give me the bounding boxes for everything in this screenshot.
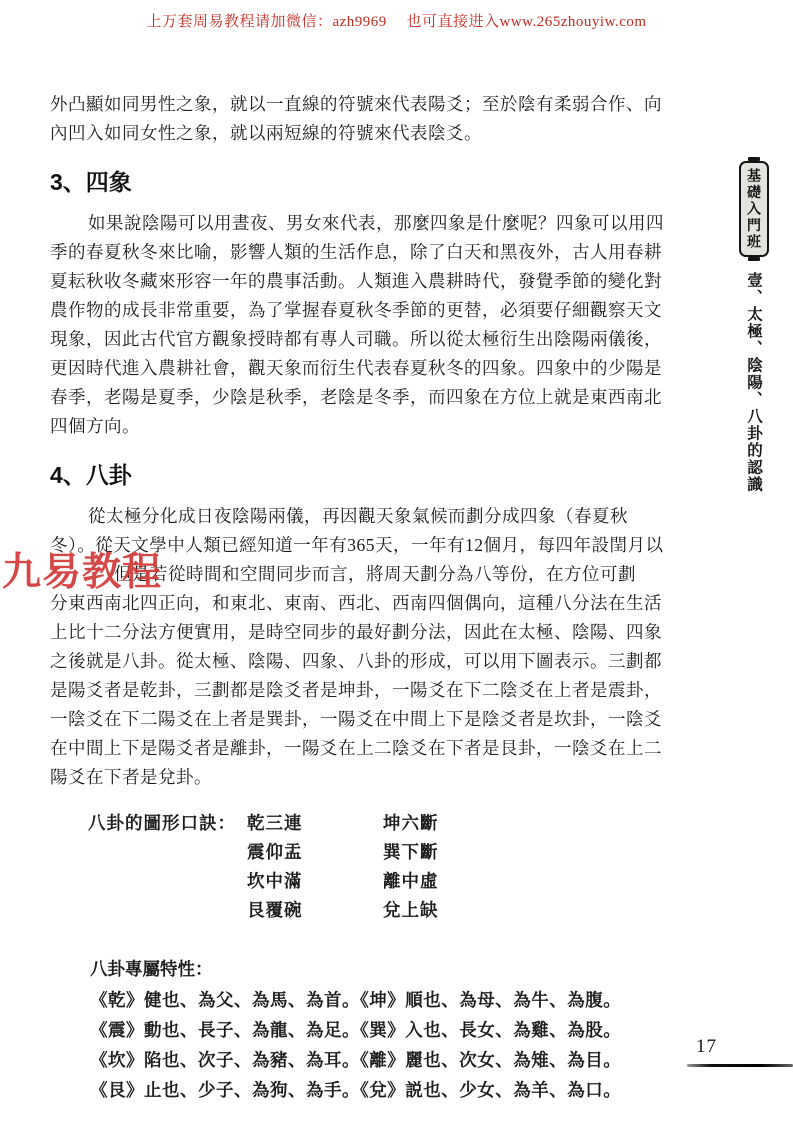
- mnemonic-right: 離中虛: [383, 867, 740, 896]
- text-line: 更因時代進入農耕社會，觀天象而衍生代表春夏秋冬的四象。四象中的少陽是: [50, 354, 740, 383]
- mnemonic-row: 艮覆碗 兌上缺: [88, 896, 740, 925]
- heading-bagua: 4、八卦: [50, 461, 740, 489]
- mnemonic-label: 八卦的圖形口訣：: [88, 809, 247, 838]
- trait-line: 《坎》陷也、次子、為豬、為耳。《離》麗也、次女、為雉、為目。: [90, 1045, 740, 1075]
- sidebar-chapter-label: 壹、太極、陰陽、八卦的認識: [742, 272, 764, 493]
- text-line: 春季，老陽是夏季，少陰是秋季，老陰是冬季，而四象在方位上就是東西南北: [50, 383, 740, 412]
- mnemonic-row: 八卦的圖形口訣： 乾三連 坤六斷: [88, 809, 740, 838]
- main-text-column: 外凸顯如同男性之象，就以一直線的符號來代表陽爻；至於陰有柔弱合作、向 內凹入如同…: [50, 90, 740, 1105]
- trait-line: 《艮》止也、少子、為狗、為手。《兌》説也、少女、為羊、為口。: [90, 1075, 740, 1105]
- mnemonic-right: 兌上缺: [383, 896, 740, 925]
- text-line: 農作物的成長非常重要，為了掌握春夏秋冬季節的更替，必須要仔細觀察天文: [50, 296, 740, 325]
- text-line: 陽爻在下者是兌卦。: [50, 763, 740, 792]
- sidebar-section-tab: 基礎入門班: [739, 161, 769, 257]
- paragraph-sixiang: 如果說陰陽可以用晝夜、男女來代表，那麼四象是什麼呢？四象可以用四 季的春夏秋冬來…: [50, 209, 740, 441]
- page-number: 17: [696, 1036, 717, 1058]
- footer-rule: [687, 1064, 793, 1067]
- heading-sixiang: 3、四象: [50, 168, 740, 196]
- bagua-mnemonic-table: 八卦的圖形口訣： 乾三連 坤六斷 震仰盂 巽下斷 坎中滿 離中虛 艮覆碗 兌上缺: [50, 809, 740, 925]
- mnemonic-row: 震仰盂 巽下斷: [88, 838, 740, 867]
- text-line: 上比十二分法方便實用，是時空同步的最好劃分法，因此在太極、陰陽、四象: [50, 618, 740, 647]
- text-line: 一陰爻在下二陽爻在上者是巽卦，一陽爻在中間上下是陰爻者是坎卦，一陰爻: [50, 705, 740, 734]
- text-line: 現象，因此古代官方觀象授時都有專人司職。所以從太極衍生出陰陽兩儀後，: [50, 325, 740, 354]
- mnemonic-left: 乾三連: [247, 809, 383, 838]
- watermark-text: 九易教程: [2, 541, 162, 597]
- text-line: 在中間上下是陽爻者是離卦，一陽爻在上二陰爻在下者是艮卦，一陰爻在上二: [50, 734, 740, 763]
- mnemonic-left: 震仰盂: [247, 838, 383, 867]
- mnemonic-left: 艮覆碗: [247, 896, 383, 925]
- trait-line: 《震》動也、長子、為龍、為足。《巽》入也、長女、為雞、為股。: [90, 1015, 740, 1045]
- bagua-traits-block: 八卦專屬特性： 《乾》健也、為父、為馬、為首。《坤》順也、為母、為牛、為腹。 《…: [50, 954, 740, 1105]
- mnemonic-left: 坎中滿: [247, 867, 383, 896]
- text-line: 是陽爻者是乾卦，三劃都是陰爻者是坤卦，一陽爻在下二陰爻在上者是震卦，: [50, 676, 740, 705]
- text-line: 四個方向。: [50, 412, 740, 441]
- paragraph-intro: 外凸顯如同男性之象，就以一直線的符號來代表陽爻；至於陰有柔弱合作、向 內凹入如同…: [50, 90, 740, 148]
- traits-title: 八卦專屬特性：: [90, 954, 740, 984]
- text-line: 如果說陰陽可以用晝夜、男女來代表，那麼四象是什麼呢？四象可以用四: [50, 209, 740, 238]
- mnemonic-row: 坎中滿 離中虛: [88, 867, 740, 896]
- text-line: 外凸顯如同男性之象，就以一直線的符號來代表陽爻；至於陰有柔弱合作、向: [50, 90, 740, 119]
- mnemonic-right: 坤六斷: [383, 809, 740, 838]
- sidebar-tab-label: 基礎入門班: [744, 168, 764, 251]
- trait-line: 《乾》健也、為父、為馬、為首。《坤》順也、為母、為牛、為腹。: [90, 985, 740, 1015]
- text-line: 內凹入如同女性之象，就以兩短線的符號來代表陰爻。: [50, 119, 740, 148]
- header-notice: 上万套周易教程请加微信：azh9969 也可直接进入www.265zhouyiw…: [0, 10, 793, 31]
- text-line: 夏耘秋收冬藏來形容一年的農事活動。人類進入農耕時代，發覺季節的變化對: [50, 267, 740, 296]
- text-line: 之後就是八卦。從太極、陰陽、四象、八卦的形成，可以用下圖表示。三劃都: [50, 647, 740, 676]
- document-page: 上万套周易教程请加微信：azh9969 也可直接进入www.265zhouyiw…: [0, 0, 793, 1121]
- text-line: 從太極分化成日夜陰陽兩儀，再因觀天象氣候而劃分成四象（春夏秋: [50, 502, 740, 531]
- mnemonic-right: 巽下斷: [383, 838, 740, 867]
- text-line: 季的春夏秋冬來比喻，影響人類的生活作息，除了白天和黑夜外，古人用春耕: [50, 238, 740, 267]
